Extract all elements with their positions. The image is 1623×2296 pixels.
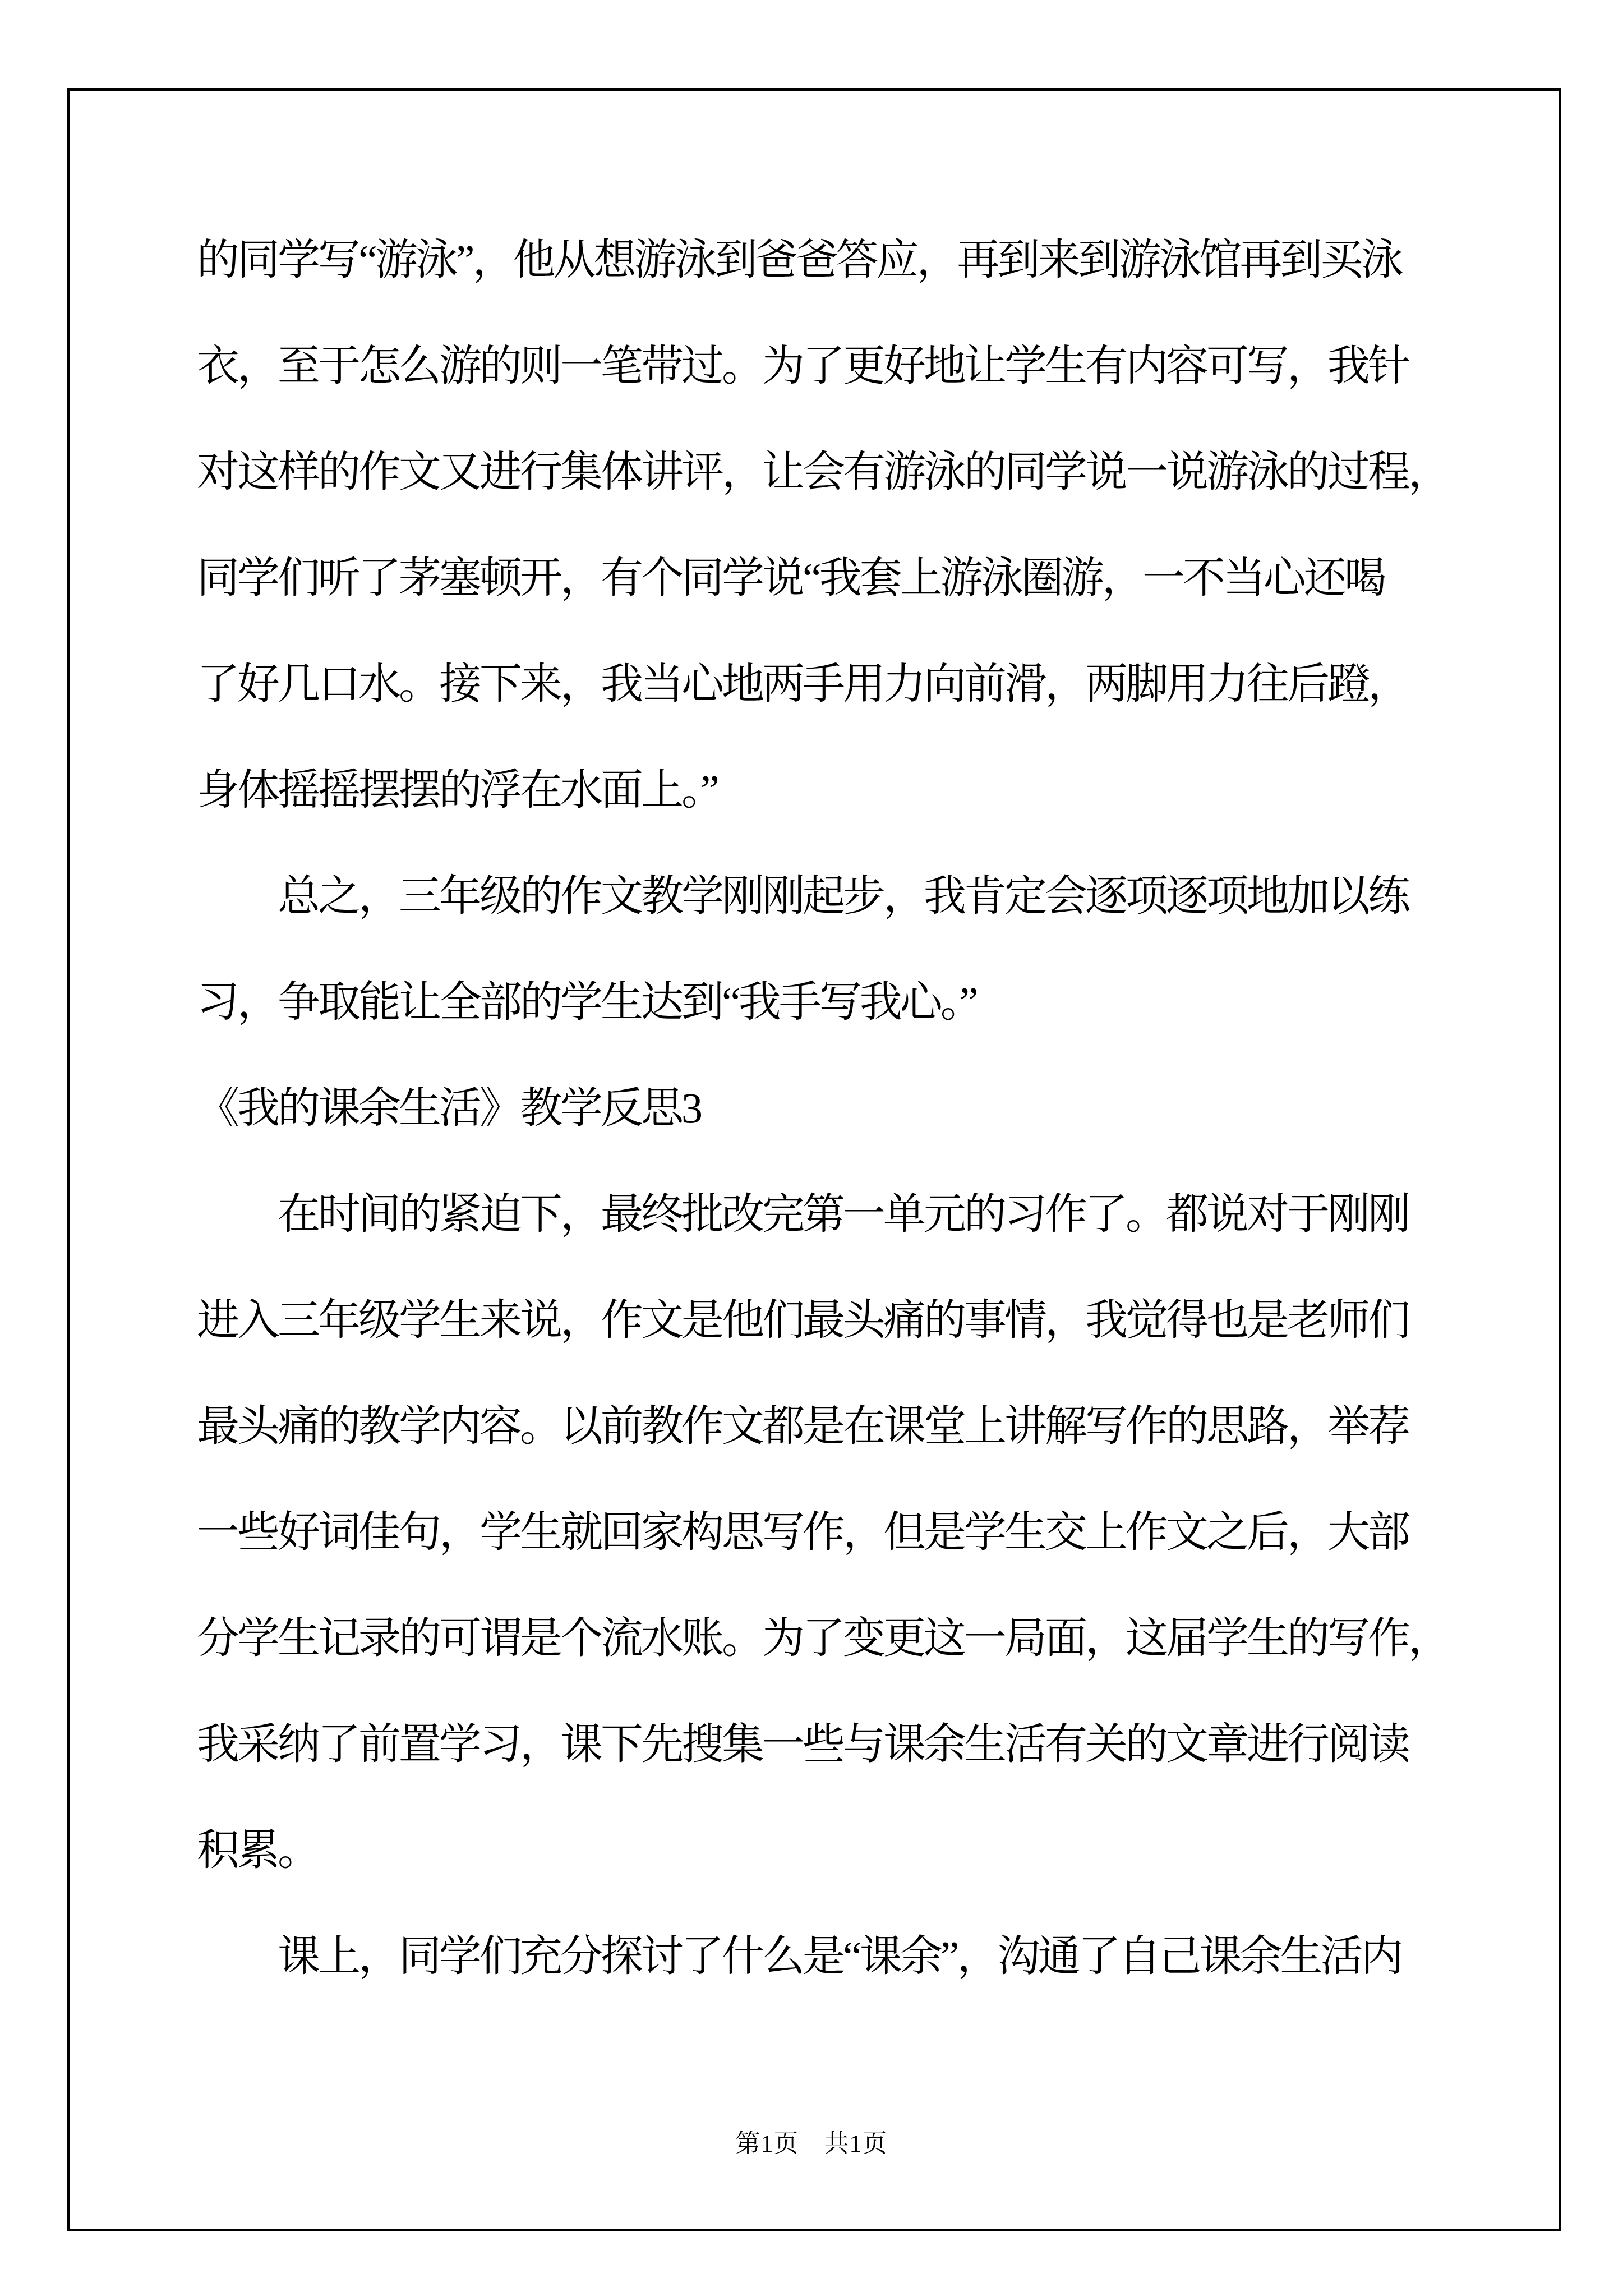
text-line: 课上，同学们充分探讨了什么是“课余”，沟通了自己课余生活内: [197, 1904, 1464, 2010]
text-line: 我采纳了前置学习，课下先搜集一些与课余生活有关的文章进行阅读: [197, 1692, 1464, 1798]
text-line: 习，争取能让全部的学生达到“我手写我心。”: [197, 950, 1464, 1056]
document-page: 的同学写“游泳”，他从想游泳到爸爸答应，再到来到游泳馆再到买泳衣，至于怎么游的则…: [0, 0, 1623, 2296]
text-line: 的同学写“游泳”，他从想游泳到爸爸答应，再到来到游泳馆再到买泳: [197, 208, 1464, 314]
text-line: 进入三年级学生来说，作文是他们最头痛的事情，我觉得也是老师们: [197, 1268, 1464, 1374]
text-line: 总之，三年级的作文教学刚刚起步，我肯定会逐项逐项地加以练: [197, 844, 1464, 950]
page-footer: 第1页 共1页: [0, 2129, 1623, 2159]
body-text: 的同学写“游泳”，他从想游泳到爸爸答应，再到来到游泳馆再到买泳衣，至于怎么游的则…: [197, 208, 1464, 2010]
text-line: 同学们听了茅塞顿开，有个同学说“我套上游泳圈游，一不当心还喝: [197, 526, 1464, 632]
text-line: 了好几口水。接下来，我当心地两手用力向前滑，两脚用力往后蹬，: [197, 632, 1464, 738]
text-line: 对这样的作文又进行集体讲评，让会有游泳的同学说一说游泳的过程，: [197, 420, 1464, 526]
text-line: 衣，至于怎么游的则一笔带过。为了更好地让学生有内容可写，我针: [197, 314, 1464, 420]
text-line: 最头痛的教学内容。以前教作文都是在课堂上讲解写作的思路，举荐: [197, 1374, 1464, 1480]
text-line: 分学生记录的可谓是个流水账。为了变更这一局面，这届学生的写作，: [197, 1586, 1464, 1692]
text-line: 在时间的紧迫下，最终批改完第一单元的习作了。都说对于刚刚: [197, 1162, 1464, 1268]
text-line: 《我的课余生活》教学反思3: [197, 1056, 1464, 1162]
text-line: 积累。: [197, 1798, 1464, 1904]
page-number: 第1页 共1页: [736, 2130, 888, 2157]
text-line: 身体摇摇摆摆的浮在水面上。”: [197, 738, 1464, 844]
text-line: 一些好词佳句，学生就回家构思写作，但是学生交上作文之后，大部: [197, 1480, 1464, 1586]
